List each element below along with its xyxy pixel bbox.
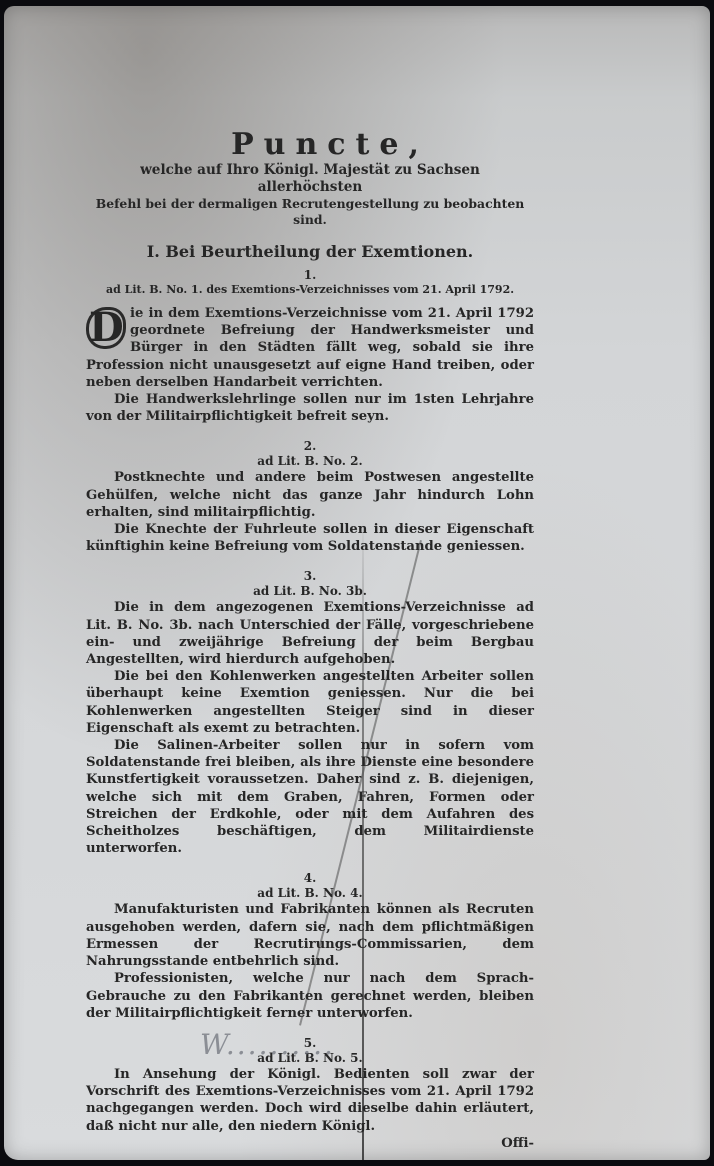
item-paragraph: Die bei den Kohlenwerken angestellten Ar… — [86, 668, 534, 737]
item-1: 1. ad Lit. B. No. 1. des Exemtions-Verze… — [86, 268, 534, 425]
item-reference: ad Lit. B. No. 3b. — [86, 583, 534, 599]
item-paragraph: Die Handwerkslehrlinge sollen nur im 1st… — [86, 391, 534, 425]
item-paragraph: Die Knechte der Fuhrleute sollen in dies… — [86, 521, 534, 555]
item-paragraph: Die Salinen-Arbeiter sollen nur in sofer… — [86, 737, 534, 857]
item-3: 3. ad Lit. B. No. 3b. Die in dem angezog… — [86, 555, 534, 857]
item-paragraph: In Ansehung der Königl. Bedienten soll z… — [86, 1066, 534, 1135]
document-body: Puncte, welche auf Ihro Königl. Majestät… — [86, 128, 534, 1152]
item-number: 2. — [86, 439, 534, 453]
item-paragraph: Die in dem Exemtions-Verzeichnisse vom 2… — [86, 305, 534, 391]
item-2: 2. ad Lit. B. No. 2. Postknechte und and… — [86, 425, 534, 555]
item-number: 1. — [86, 268, 534, 282]
catchword: Offi- — [86, 1135, 534, 1152]
document-title: Puncte, — [126, 128, 534, 162]
item-paragraph: Die in dem angezogenen Exemtions-Verzeic… — [86, 599, 534, 668]
item-number: 3. — [86, 569, 534, 583]
item-paragraph: Professionisten, welche nur nach dem Spr… — [86, 970, 534, 1022]
document-subtitle-line2: Befehl bei der dermaligen Recrutengestel… — [86, 196, 534, 228]
item-paragraph: Postknechte und andere beim Postwesen an… — [86, 469, 534, 521]
handwritten-note: W.......... — [200, 1028, 335, 1061]
item-reference: ad Lit. B. No. 2. — [86, 453, 534, 469]
item-4: 4. ad Lit. B. No. 4. Manufakturisten und… — [86, 857, 534, 1021]
section-heading: I. Bei Beurtheilung der Exemtionen. — [86, 242, 534, 262]
item-reference: ad Lit. B. No. 4. — [86, 885, 534, 901]
item-reference: ad Lit. B. No. 1. des Exemtions-Verzeich… — [86, 282, 534, 297]
document-subtitle-line1: welche auf Ihro Königl. Majestät zu Sach… — [86, 162, 534, 196]
item-number: 4. — [86, 871, 534, 885]
drop-cap: D — [86, 307, 126, 349]
item-paragraph: Manufakturisten und Fabrikanten können a… — [86, 901, 534, 970]
